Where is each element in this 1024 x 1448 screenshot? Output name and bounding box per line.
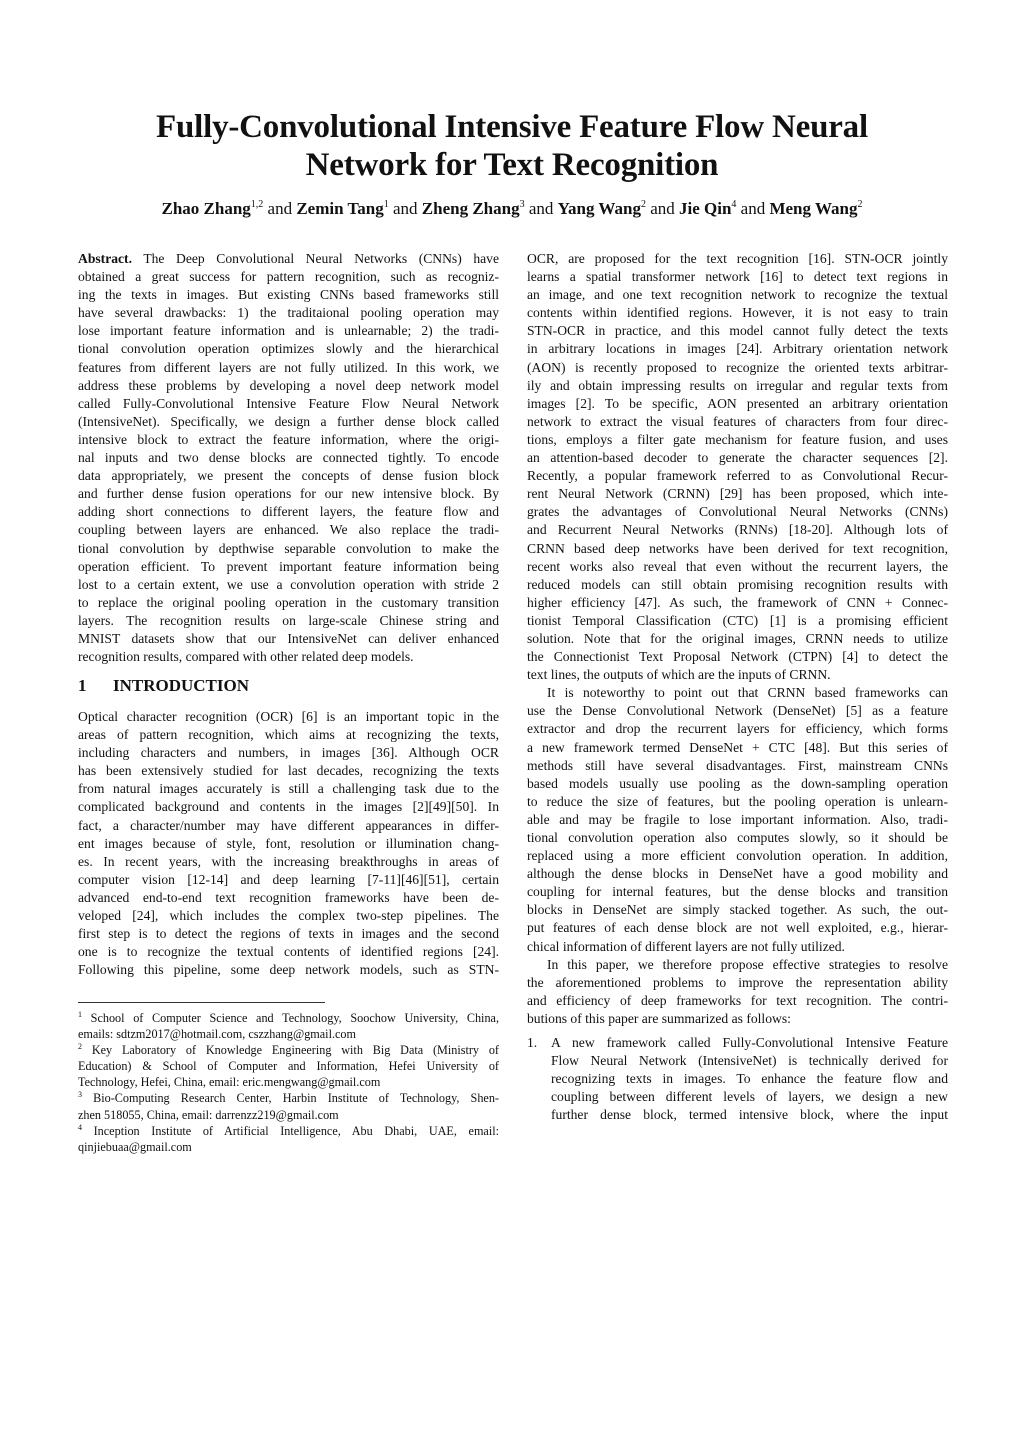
abstract-line: (IntensiveNet). Specifically, we design … [78, 413, 499, 431]
paragraph-line: in arbitrary locations in images [24]. A… [527, 340, 948, 358]
paragraph-line: chical information of different layers a… [527, 938, 948, 956]
paragraph-line: use the Dense Convolutional Network (Den… [527, 702, 948, 720]
author-affiliation: 2 [641, 199, 646, 210]
intro-line: has been extensively studied for last de… [78, 762, 499, 780]
intro-line: advanced end-to-end text recognition fra… [78, 889, 499, 907]
contribution-line: further dense block, termed intensive bl… [551, 1106, 948, 1124]
abstract-line: coupling between layers are enhanced. We… [78, 521, 499, 539]
paragraph-line: ily and obtain impressing results on irr… [527, 377, 948, 395]
abstract-line: ing the texts in images. But existing CN… [78, 286, 499, 304]
author-separator: and [650, 199, 675, 218]
footnote-text: Key Laboratory of Knowledge Engineering … [82, 1043, 499, 1057]
author-name: Yang Wang [558, 199, 641, 218]
intro-line: ent images because of style, font, resol… [78, 835, 499, 853]
paragraph-line: CRNN based deep networks have been deriv… [527, 540, 948, 558]
paragraph-line: an image, and one text recognition netwo… [527, 286, 948, 304]
abstract-line: obtained a great success for pattern rec… [78, 268, 499, 286]
footnote-line: 4 Inception Institute of Artificial Inte… [78, 1123, 499, 1139]
abstract-label: Abstract. [78, 251, 132, 266]
paragraph-line: rent Neural Network (CRNN) [29] has been… [527, 485, 948, 503]
paragraph-line: learns a spatial transformer network [16… [527, 268, 948, 286]
paragraph-line: STN-OCR in practice, and this model cann… [527, 322, 948, 340]
paragraph-line: methods still have several disadvantages… [527, 757, 948, 775]
author-name: Meng Wang [769, 199, 857, 218]
author-name: Zhao Zhang [162, 199, 251, 218]
abstract-line: MNIST datasets show that our IntensiveNe… [78, 630, 499, 648]
paragraph-line: grates the advantages of Convolutional N… [527, 503, 948, 521]
intro-line: fact, a character/number may have differ… [78, 817, 499, 835]
abstract-line: nal inputs and two dense blocks are conn… [78, 449, 499, 467]
paragraph-line: replaced using a more efficient convolut… [527, 847, 948, 865]
intro-line: es. In recent years, with the increasing… [78, 853, 499, 871]
abstract-line: intensive block to extract the feature i… [78, 431, 499, 449]
abstract-line: layers. The recognition results on large… [78, 612, 499, 630]
abstract-line: to replace the original pooling operatio… [78, 594, 499, 612]
contribution-item: 1.A new framework called Fully-Convoluti… [527, 1034, 948, 1124]
footnotes: 1 School of Computer Science and Technol… [78, 1010, 499, 1155]
footnote-line: 3 Bio-Computing Research Center, Harbin … [78, 1090, 499, 1106]
paragraph-line: reduced models can still obtain promisin… [527, 576, 948, 594]
paragraph-line: an attention-based decoder to generate t… [527, 449, 948, 467]
paragraph-line: to reduce the size of features, but the … [527, 793, 948, 811]
abstract-line: adding short connections to different la… [78, 503, 499, 521]
abstract-line: Abstract. The Deep Convolutional Neural … [78, 250, 499, 268]
paragraph-line: solution. Note that for the original ima… [527, 630, 948, 648]
paragraph-line: It is noteworthy to point out that CRNN … [527, 684, 948, 702]
footnote-line: emails: sdtzm2017@hotmail.com, cszzhang@… [78, 1026, 499, 1042]
abstract-line: data appropriately, we present the conce… [78, 467, 499, 485]
intro-line: complicated background and contents in t… [78, 798, 499, 816]
author-name: Zemin Tang [296, 199, 383, 218]
footnote-text: Bio-Computing Research Center, Harbin In… [82, 1091, 499, 1105]
paragraph-line: OCR, are proposed for the text recogniti… [527, 250, 948, 268]
abstract-line: called Fully-Convolutional Intensive Fea… [78, 395, 499, 413]
footnote-text: Inception Institute of Artificial Intell… [82, 1124, 499, 1138]
author-affiliation: 1,2 [251, 199, 264, 210]
paragraph-line: the aforementioned problems to improve t… [527, 974, 948, 992]
author-separator: and [393, 199, 418, 218]
abstract-line: address these problems by developing a n… [78, 377, 499, 395]
introduction-right-column: OCR, are proposed for the text recogniti… [527, 250, 948, 1125]
paragraph-line: based models usually use pooling as the … [527, 775, 948, 793]
footnote-line: Technology, Hefei, China, email: eric.me… [78, 1074, 499, 1090]
section-heading-introduction: 1INTRODUCTION [78, 676, 249, 696]
footnote-line: zhen 518055, China, email: darrenzz219@g… [78, 1107, 499, 1123]
author-name: Jie Qin [679, 199, 731, 218]
paragraph-line: higher efficiency [47]. As such, the fra… [527, 594, 948, 612]
abstract-line: tional convolution operation optimizes s… [78, 340, 499, 358]
title-line: Network for Text Recognition [0, 146, 1024, 184]
abstract-line: have several drawbacks: 1) the traditaio… [78, 304, 499, 322]
contribution-line: A new framework called Fully-Convolution… [551, 1034, 948, 1052]
paragraph-line: the Connectionist Text Proposal Network … [527, 648, 948, 666]
paragraph-line: blocks in DenseNet are simply stacked to… [527, 901, 948, 919]
footnote-line: 1 School of Computer Science and Technol… [78, 1010, 499, 1026]
paragraph-line: images [2]. To be specific, AON presente… [527, 395, 948, 413]
paragraph-line: and efficiency of deep frameworks for te… [527, 992, 948, 1010]
intro-line: areas of pattern recognition, which aims… [78, 726, 499, 744]
paragraph-line: tions, employs a filter gate mechanism f… [527, 431, 948, 449]
author-list: Zhao Zhang1,2 and Zemin Tang1 and Zheng … [0, 199, 1024, 219]
paragraph-line: In this paper, we therefore propose effe… [527, 956, 948, 974]
paragraph-line: (AON) is recently proposed to recognize … [527, 359, 948, 377]
footnote-line: qinjiebuaa@gmail.com [78, 1139, 499, 1155]
intro-line: one is to recognize the textual contents… [78, 943, 499, 961]
author-separator: and [529, 199, 554, 218]
intro-line: first step is to detect the regions of t… [78, 925, 499, 943]
intro-line: Following this pipeline, some deep netwo… [78, 961, 499, 979]
footnote-line: 2 Key Laboratory of Knowledge Engineerin… [78, 1042, 499, 1058]
paragraph-line: put features of each dense block are not… [527, 919, 948, 937]
author-affiliation: 2 [857, 199, 862, 210]
paragraph-line: Recently, a popular framework referred t… [527, 467, 948, 485]
abstract-line: recognition results, compared with other… [78, 648, 499, 666]
intro-line: Optical character recognition (OCR) [6] … [78, 708, 499, 726]
paragraph-line: although the dense blocks in DenseNet ha… [527, 865, 948, 883]
paragraph-line: recent works also reveal that even witho… [527, 558, 948, 576]
paragraph-line: a new framework termed DenseNet + CTC [4… [527, 739, 948, 757]
author-name: Zheng Zhang [422, 199, 520, 218]
section-title: INTRODUCTION [113, 676, 249, 695]
paragraph-line: text lines, the outputs of which are the… [527, 666, 948, 684]
paragraph-line: butions of this paper are summarized as … [527, 1010, 948, 1028]
contribution-line: recognizing texts in images. To enhance … [551, 1070, 948, 1088]
title-line: Fully-Convolutional Intensive Feature Fl… [0, 108, 1024, 146]
abstract-line: and further dense fusion operations for … [78, 485, 499, 503]
paragraph-line: tional convolution operation also comput… [527, 829, 948, 847]
paragraph-line: contents within identified regions. Howe… [527, 304, 948, 322]
abstract-line: lose important feature information and i… [78, 322, 499, 340]
paragraph-line: coupling for internal features, but the … [527, 883, 948, 901]
abstract: Abstract. The Deep Convolutional Neural … [78, 250, 499, 666]
footnote-text: School of Computer Science and Technolog… [82, 1011, 499, 1025]
list-number: 1. [527, 1034, 537, 1052]
abstract-line: operation efficient. To prevent importan… [78, 558, 499, 576]
abstract-line: lost to a certain extent, we use a convo… [78, 576, 499, 594]
introduction-left-column: Optical character recognition (OCR) [6] … [78, 708, 499, 979]
contribution-line: coupling between different levels of lay… [551, 1088, 948, 1106]
author-separator: and [268, 199, 293, 218]
paragraph-line: able and may be fragile to lose importan… [527, 811, 948, 829]
intro-line: computer vision [12-14] and deep learnin… [78, 871, 499, 889]
section-number: 1 [78, 676, 113, 696]
abstract-line: features from different layers are not f… [78, 359, 499, 377]
author-affiliation: 1 [384, 199, 389, 210]
intro-line: veloped [24], which includes the complex… [78, 907, 499, 925]
paragraph-line: tionist Temporal Classification (CTC) [1… [527, 612, 948, 630]
author-separator: and [741, 199, 766, 218]
paper-title: Fully-Convolutional Intensive Feature Fl… [0, 108, 1024, 184]
paragraph-line: extractor and drop the recurrent layers … [527, 720, 948, 738]
author-affiliation: 3 [520, 199, 525, 210]
intro-line: including characters and numbers, in ima… [78, 744, 499, 762]
footnote-divider [78, 1002, 325, 1003]
footnote-line: Education) & School of Computer and Info… [78, 1058, 499, 1074]
paragraph-line: and Recurrent Neural Networks (RNNs) [18… [527, 521, 948, 539]
intro-line: from natural images accurately is still … [78, 780, 499, 798]
paragraph-line: network to extract the visual features o… [527, 413, 948, 431]
abstract-line: tional convolution by depthwise separabl… [78, 540, 499, 558]
contribution-line: Flow Neural Network (IntensiveNet) is te… [551, 1052, 948, 1070]
abstract-text: The Deep Convolutional Neural Networks (… [132, 251, 499, 266]
author-affiliation: 4 [731, 199, 736, 210]
